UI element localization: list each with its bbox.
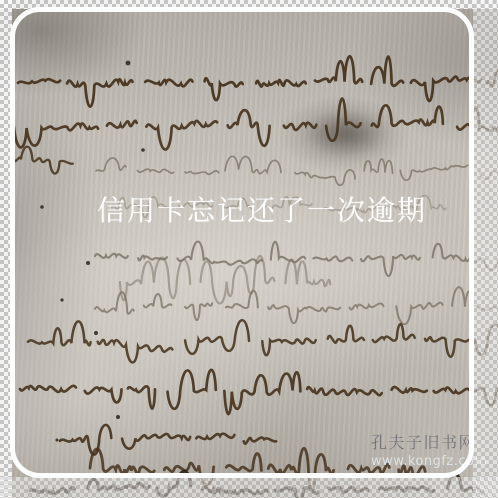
manuscript-handwriting: [0, 0, 498, 498]
overlay-title: 信用卡忘记还了一次逾期: [97, 192, 477, 230]
watermark: 孔夫子旧书网 www.kongfz.com: [371, 435, 488, 468]
checkerboard-border-bottom: [0, 477, 498, 498]
manuscript-photo: 信用卡忘记还了一次逾期 孔夫子旧书网 www.kongfz.com: [0, 0, 498, 498]
watermark-site-url: www.kongfz.com: [371, 455, 488, 468]
watermark-site-name: 孔夫子旧书网: [371, 435, 488, 451]
checkerboard-border-top: [0, 0, 498, 9]
checkerboard-border-right: [473, 0, 498, 498]
checkerboard-border-left: [0, 0, 12, 498]
